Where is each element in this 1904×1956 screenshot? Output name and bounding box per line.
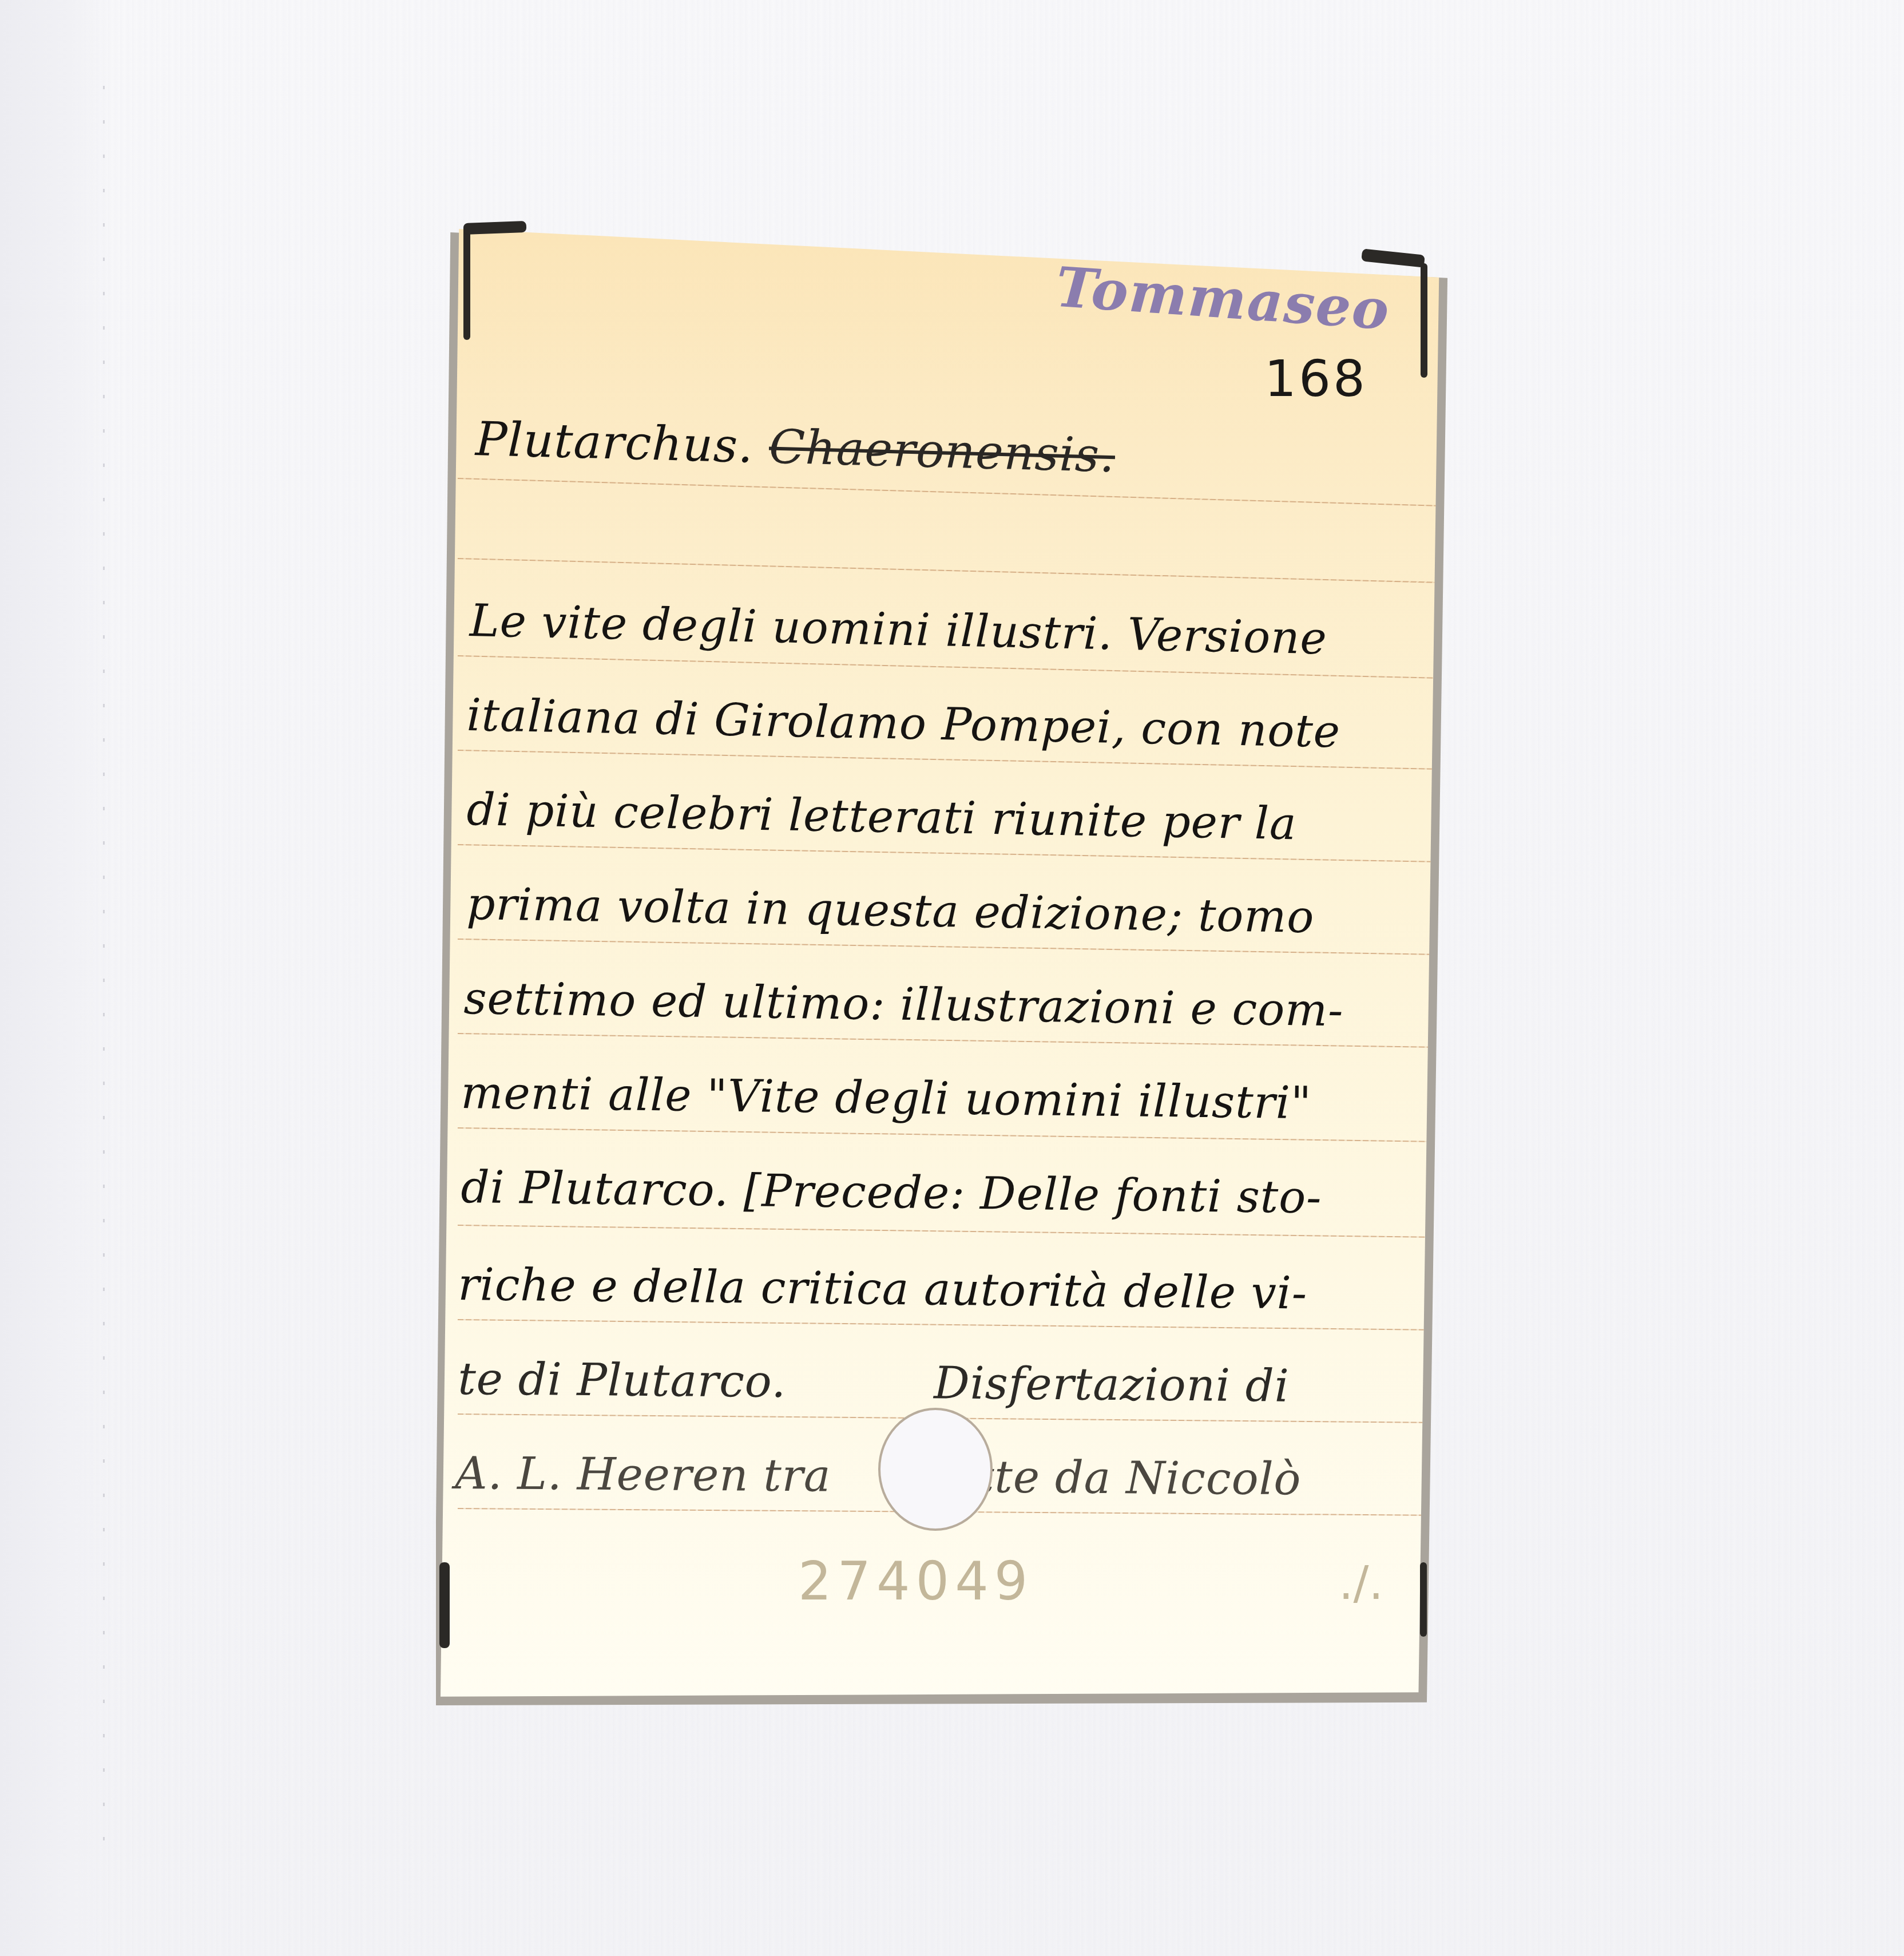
body-line: menti alle "Vite degli uomini illustri" <box>461 1067 1312 1129</box>
card-punch-hole <box>878 1408 993 1531</box>
catalog-card: Tommaseo 168 Plutarchus. Chaeronensis. L… <box>441 229 1465 1700</box>
backing-sheet-edge <box>0 0 114 1956</box>
card-clip-top-left <box>463 225 470 340</box>
backing-sheet-perforation <box>103 86 105 1860</box>
ruled-line <box>458 1225 1442 1238</box>
author-name: Plutarchus. <box>475 412 754 474</box>
ruled-line <box>458 1127 1442 1142</box>
ruled-line <box>458 1319 1436 1331</box>
body-line: te di Plutarco. Disfertazioni di <box>458 1353 1290 1412</box>
struck-epithet: Chaeronensis. <box>768 419 1116 483</box>
card-clip-top-right <box>1421 263 1427 378</box>
card-clip-bottom-right <box>1420 1562 1427 1637</box>
card-clip-bottom-left <box>439 1562 450 1648</box>
inventory-number: 274049 <box>798 1551 1033 1612</box>
body-line: riche e della critica autorità delle vi- <box>458 1259 1308 1320</box>
continuation-mark: ./. <box>1339 1557 1383 1610</box>
ruled-line <box>458 558 1442 583</box>
ruled-line <box>458 478 1441 506</box>
card-clip-top-right <box>1361 248 1425 267</box>
body-line: di Plutarco. [Precede: Delle fonti sto- <box>461 1162 1322 1224</box>
card-clip-top-left <box>463 221 527 235</box>
shelfmark-number: 168 <box>1264 349 1367 408</box>
